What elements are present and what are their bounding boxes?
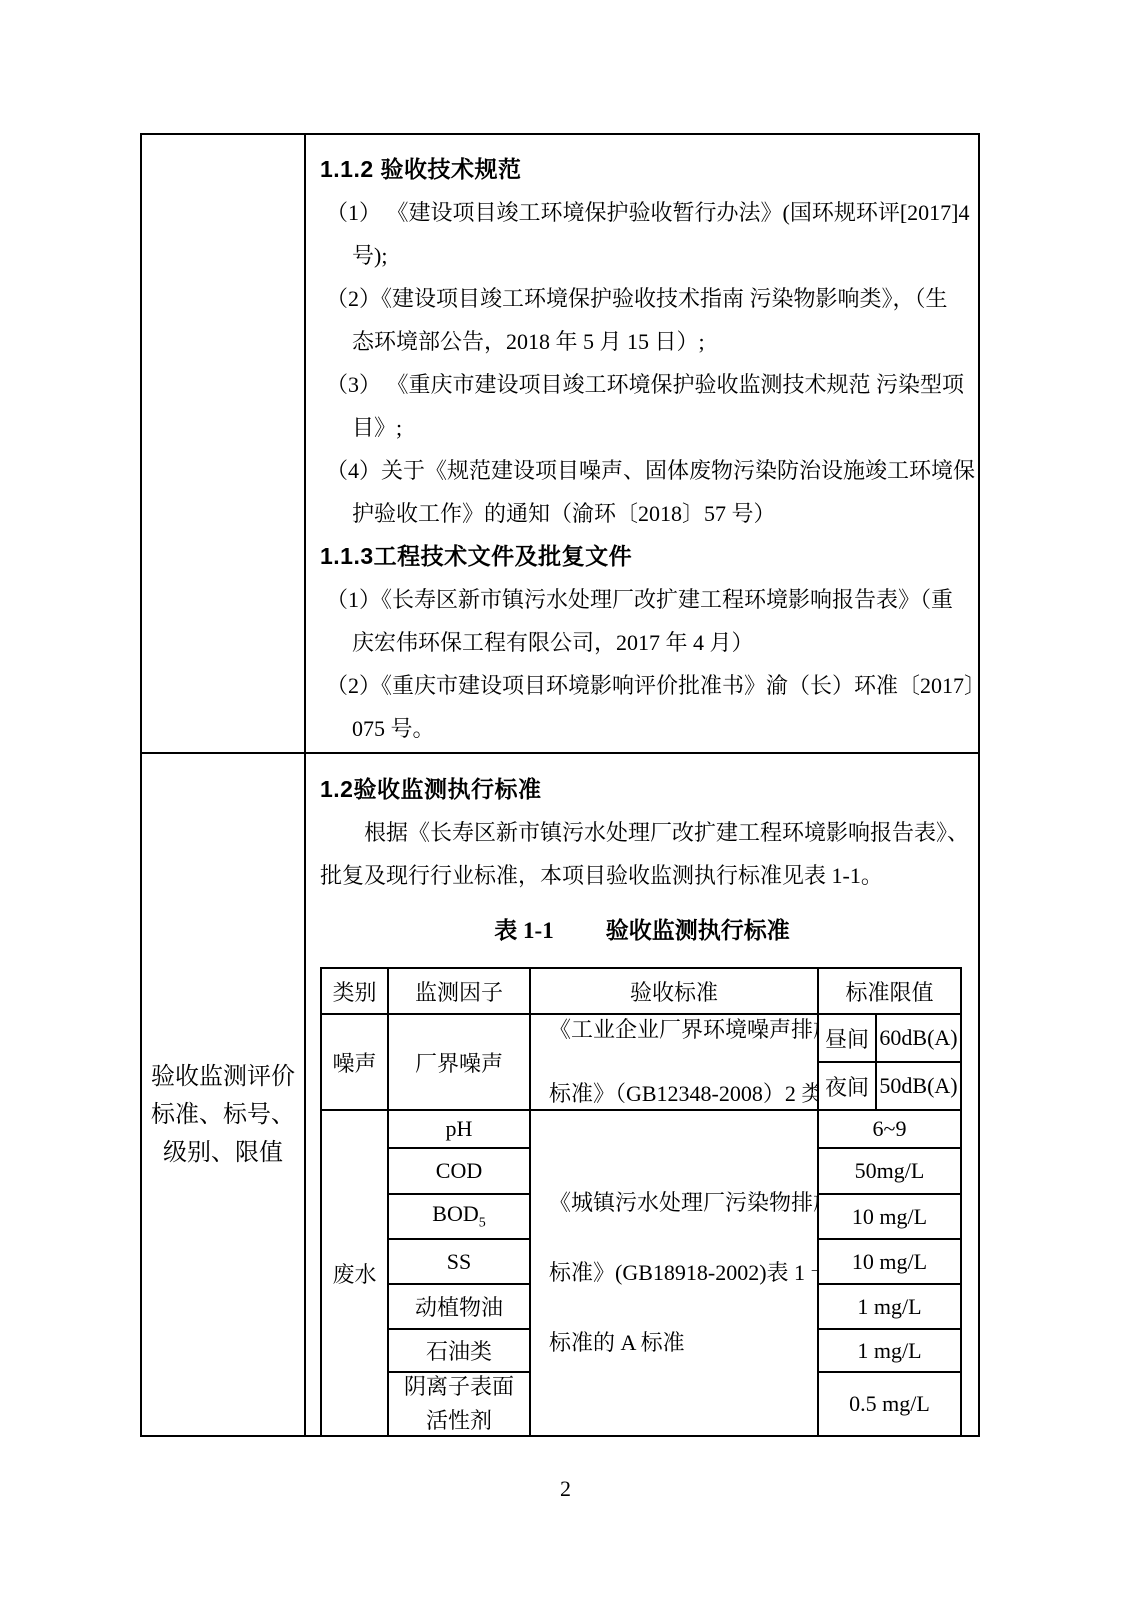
ref-item-line: （1） 《建设项目竣工环境保护验收暂行办法》(国环规环评[2017]4 [320,191,974,234]
section-monitoring-standards: 1.2验收监测执行标准 根据《长寿区新市镇污水处理厂改扩建工程环境影响报告表》、… [306,754,978,1437]
factor-bod-text: BOD [432,1201,478,1226]
intro-paragraph: 根据《长寿区新市镇污水处理厂改扩建工程环境影响报告表》、 批复及现行行业标准，本… [306,811,978,897]
table-title-label: 表 1-1 [494,909,553,953]
noise-standard-line: 标准》（GB12348-2008）2 类 [549,1081,817,1107]
noise-period-night: 夜间 [818,1062,876,1110]
limit-cod: 50mg/L [818,1148,961,1194]
factor-cod: COD [388,1148,530,1194]
factor-line: 活性剂 [389,1408,529,1434]
row-label-line: 标准、标号、 [151,1096,295,1134]
heading-1-1-2: 1.1.2 验收技术规范 [320,148,974,191]
heading-1-1-3: 1.1.3工程技术文件及批复文件 [320,535,974,578]
ref-item-line: 目》; [320,406,974,449]
noise-limit-day: 60dB(A) [876,1014,961,1062]
table-header-row: 类别 监测因子 验收标准 标准限值 [321,968,961,1014]
factor-bod-subscript: 5 [479,1216,486,1231]
ref-item-1: （1） 《建设项目竣工环境保护验收暂行办法》(国环规环评[2017]4 号); [320,191,974,277]
header-standard: 验收标准 [530,968,818,1014]
ref-item-2: （2）《建设项目竣工环境保护验收技术指南 污染物影响类》，（生 态环境部公告，2… [320,277,974,363]
ref-item-line: （3） 《重庆市建设项目竣工环境保护验收监测技术规范 污染型项 [320,363,974,406]
limit-ph: 6~9 [818,1110,961,1148]
noise-period-day: 昼间 [818,1014,876,1062]
limit-anionic-surfactant: 0.5 mg/L [818,1372,961,1436]
ref-item-line: 护验收工作》的通知（渝环〔2018〕57 号） [320,492,974,535]
ref-item-line: 态环境部公告，2018 年 5 月 15 日）; [320,320,974,363]
standards-table: 类别 监测因子 验收标准 标准限值 噪声 厂界噪声 《工业企业厂界环境噪声排放 … [320,967,962,1437]
limit-animal-oil: 1 mg/L [818,1284,961,1329]
factor-bod: BOD5 [388,1194,530,1239]
limit-bod: 10 mg/L [818,1194,961,1239]
wastewater-standard-line: 标准》(GB18918-2002)表 1 一级 [549,1260,817,1286]
noise-category-cell: 噪声 [321,1014,388,1110]
header-category: 类别 [321,968,388,1014]
wastewater-standard-line: 《城镇污水处理厂污染物排放 [549,1190,817,1216]
ref-item-line: （1）《长寿区新市镇污水处理厂改扩建工程环境影响报告表》（重 [320,578,974,621]
factor-ss: SS [388,1239,530,1284]
table-1-1-title: 表 1-1验收监测执行标准 [306,909,978,953]
wastewater-standard-cell: 《城镇污水处理厂污染物排放 标准》(GB18918-2002)表 1 一级 标准… [530,1110,818,1436]
factor-petroleum: 石油类 [388,1329,530,1372]
noise-standard-line: 《工业企业厂界环境噪声排放 [549,1017,817,1043]
ref-item-line: （2）《重庆市建设项目环境影响评价批准书》渝（长）环准〔2017〕 [320,664,974,707]
section-technical-specs: 1.1.2 验收技术规范 （1） 《建设项目竣工环境保护验收暂行办法》(国环规环… [306,135,978,752]
header-factor: 监测因子 [388,968,530,1014]
wastewater-row-ph: 废水 pH 《城镇污水处理厂污染物排放 标准》(GB18918-2002)表 1… [321,1110,961,1148]
ref-item-line: 庆宏伟环保工程有限公司，2017 年 4 月） [320,621,974,664]
wastewater-standard-line: 标准的 A 标准 [549,1330,817,1356]
limit-ss: 10 mg/L [818,1239,961,1284]
heading-1-2: 1.2验收监测执行标准 [306,754,978,811]
doc-item-2: （2）《重庆市建设项目环境影响评价批准书》渝（长）环准〔2017〕 075 号。 [320,664,974,750]
noise-factor-cell: 厂界噪声 [388,1014,530,1110]
ref-item-line: （4）关于《规范建设项目噪声、固体废物污染防治设施竣工环境保 [320,449,974,492]
ref-item-line: （2）《建设项目竣工环境保护验收技术指南 污染物影响类》，（生 [320,277,974,320]
document-outer-table: 1.1.2 验收技术规范 （1） 《建设项目竣工环境保护验收暂行办法》(国环规环… [140,133,980,1437]
row-label-line: 级别、限值 [151,1134,295,1172]
factor-animal-oil: 动植物油 [388,1284,530,1329]
ref-item-4: （4）关于《规范建设项目噪声、固体废物污染防治设施竣工环境保 护验收工作》的通知… [320,449,974,535]
factor-anionic-surfactant: 阴离子表面 活性剂 [388,1372,530,1436]
page-number: 2 [0,1474,1131,1504]
wastewater-category-cell: 废水 [321,1110,388,1436]
doc-item-1: （1）《长寿区新市镇污水处理厂改扩建工程环境影响报告表》（重 庆宏伟环保工程有限… [320,578,974,664]
factor-ph: pH [388,1110,530,1148]
ref-item-line: 075 号。 [320,707,974,750]
noise-standard-cell: 《工业企业厂界环境噪声排放 标准》（GB12348-2008）2 类 [530,1014,818,1110]
ref-item-line: 号); [320,234,974,277]
row-label-line: 验收监测评价 [151,1058,295,1096]
limit-petroleum: 1 mg/L [818,1329,961,1372]
row-label-evaluation-standards: 验收监测评价 标准、标号、 级别、限值 [142,754,304,1437]
noise-row-day: 噪声 厂界噪声 《工业企业厂界环境噪声排放 标准》（GB12348-2008）2… [321,1014,961,1062]
table-title-text: 验收监测执行标准 [606,918,790,943]
ref-item-3: （3） 《重庆市建设项目竣工环境保护验收监测技术规范 污染型项 目》; [320,363,974,449]
header-limit: 标准限值 [818,968,961,1014]
paragraph-line: 批复及现行行业标准，本项目验收监测执行标准见表 1-1。 [320,854,978,897]
paragraph-line: 根据《长寿区新市镇污水处理厂改扩建工程环境影响报告表》、 [320,811,978,854]
noise-limit-night: 50dB(A) [876,1062,961,1110]
factor-line: 阴离子表面 [389,1374,529,1400]
